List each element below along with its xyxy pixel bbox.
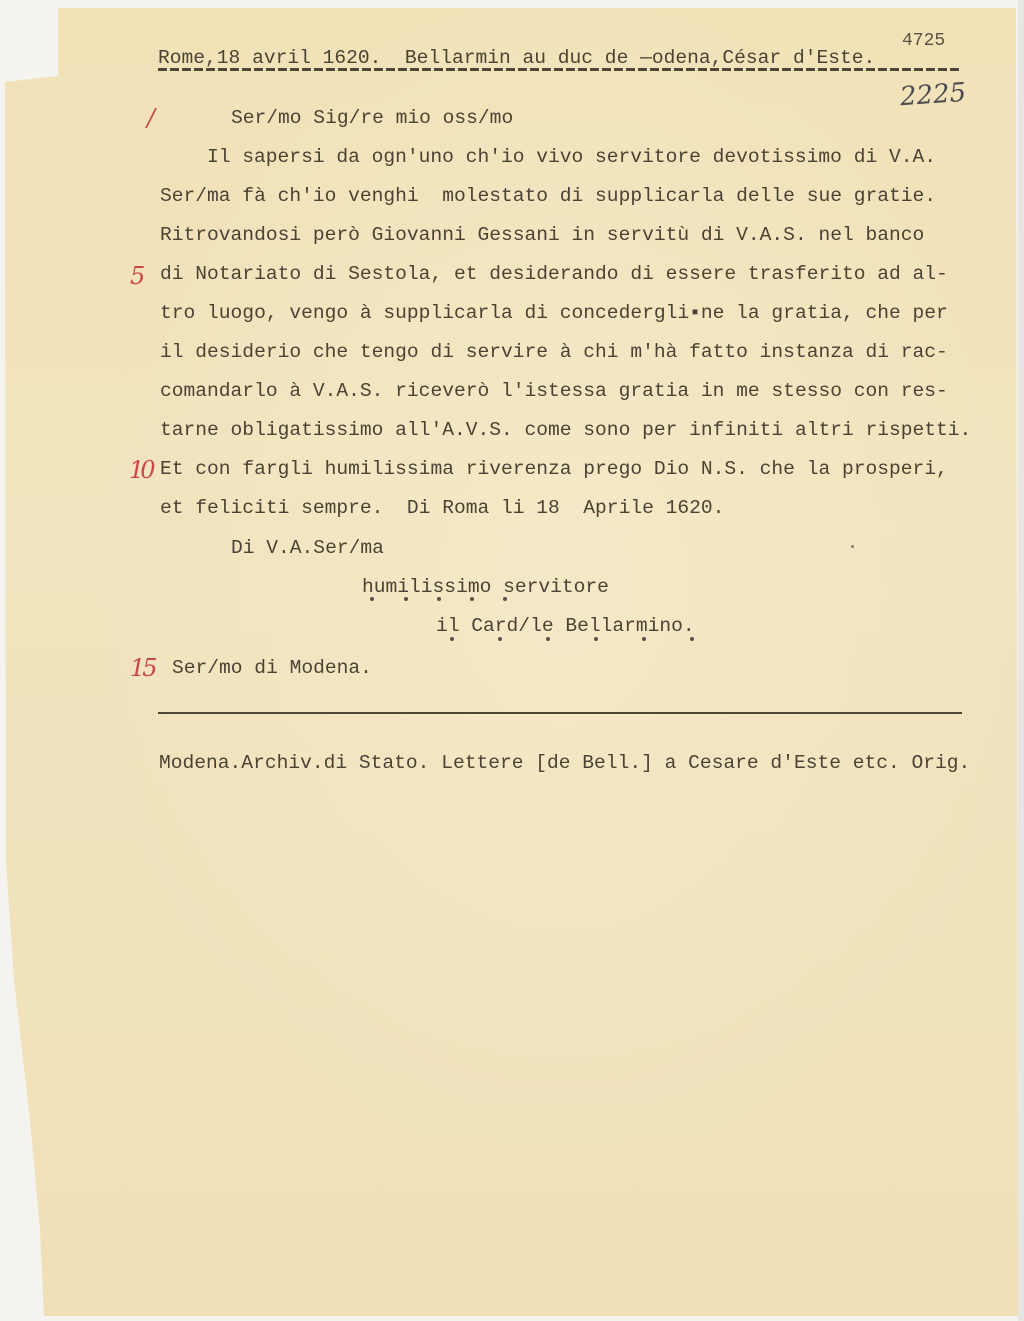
margin-line-marker-5: 5: [130, 262, 145, 290]
footer-separator: [158, 712, 962, 714]
page-number: 4725: [902, 30, 945, 52]
body-line-5: tro luogo, vengo à supplicarla di conced…: [160, 302, 948, 324]
body-line-8: tarne obligatissimo all'A.V.S. come sono…: [160, 419, 971, 441]
underdots-signature: [450, 637, 700, 643]
margin-line-marker-15: 15: [130, 654, 155, 682]
salutation: Ser/mo Sig/re mio oss/mo: [231, 107, 513, 129]
document-header: Rome,18 avril 1620. Bellarmin au duc de …: [158, 47, 875, 69]
archive-source-note: Modena.Archiv.di Stato. Lettere [de Bell…: [159, 752, 970, 774]
underdots-servitore: [370, 597, 580, 603]
scan-border: [1018, 0, 1024, 1321]
body-line-10: et feliciti sempre. Di Roma li 18 Aprile…: [160, 497, 724, 519]
archive-number: 2225: [899, 78, 967, 113]
margin-line-marker-10: 10: [129, 456, 152, 484]
header-dashed-underline: [158, 68, 962, 71]
document-scan: 4725 Rome,18 avril 1620. Bellarmin au du…: [0, 0, 1024, 1321]
signature-line: il Card/le Bellarmino.: [436, 615, 695, 637]
body-line-1: Il sapersi da ogn'uno ch'io vivo servito…: [207, 146, 936, 168]
margin-line-marker-1: /: [147, 104, 155, 132]
body-line-6: il desiderio che tengo di servire à chi …: [160, 341, 948, 363]
body-line-7: comandarlo à V.A.S. riceverò l'istessa g…: [160, 380, 948, 402]
body-line-9: Et con fargli humilissima riverenza preg…: [160, 458, 948, 480]
body-line-2: Ser/ma fà ch'io venghi molestato di supp…: [160, 185, 936, 207]
address-line: Ser/mo di Modena.: [172, 657, 372, 679]
stray-mark: [851, 545, 854, 548]
closing-line-1: Di V.A.Ser/ma: [231, 537, 384, 559]
body-line-4: di Notariato di Sestola, et desiderando …: [160, 263, 948, 285]
closing-line-2: humilissimo servitore: [362, 576, 609, 598]
body-line-3: Ritrovandosi però Giovanni Gessani in se…: [160, 224, 924, 246]
